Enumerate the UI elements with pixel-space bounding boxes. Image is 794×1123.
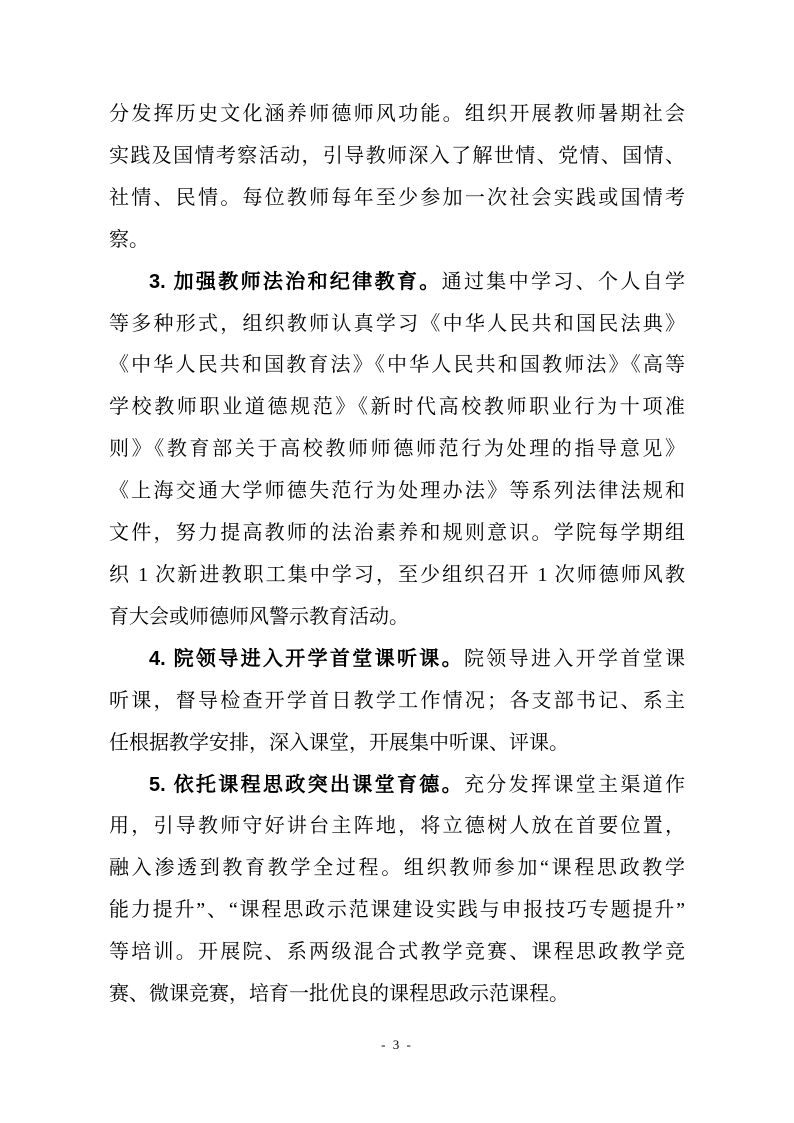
text-line: 3. 加强教师法治和纪律教育。通过集中学习、个人自学: [109, 262, 685, 304]
paragraph-heading-run: 4. 院领导进入开学首堂课听课。: [149, 648, 464, 670]
text-line: 则》《教育部关于高校教师师德师范行为处理的指导意见》: [109, 429, 685, 471]
text-run: 能力提升”、“课程思政示范课建设实践与申报技巧专题提升”: [109, 899, 685, 921]
text-line: 学校教师职业道德规范》《新时代高校教师职业行为十项准: [109, 387, 685, 429]
text-line: 等培训。开展院、系两级混合式教学竞赛、课程思政教学竞: [109, 932, 685, 974]
text-run: 分发挥历史文化涵养师德师风功能。组织开展教师暑期社会: [109, 103, 685, 125]
text-line: 育大会或师德师风警示教育活动。: [109, 597, 685, 639]
text-run: 通过集中学习、个人自学: [442, 271, 685, 293]
text-run: 院领导进入开学首堂课: [464, 648, 685, 670]
text-line: 听课，督导检查开学首日教学工作情况；各支部书记、系主: [109, 681, 685, 723]
text-run: 等多种形式，组织教师认真学习《中华人民共和国民法典》: [109, 313, 685, 335]
text-line: 4. 院领导进入开学首堂课听课。院领导进入开学首堂课: [109, 639, 685, 681]
text-line: 等多种形式，组织教师认真学习《中华人民共和国民法典》: [109, 304, 685, 346]
text-run: 实践及国情考察活动，引导教师深入了解世情、党情、国情、: [109, 145, 685, 167]
text-run: 任根据教学安排，深入课堂，开展集中听课、评课。: [109, 732, 569, 754]
text-line: 《上海交通大学师德失范行为处理办法》等系列法律法规和: [109, 471, 685, 513]
text-line: 察。: [109, 220, 685, 262]
text-run: 《中华人民共和国教育法》《中华人民共和国教师法》《高等: [109, 354, 685, 376]
text-run: 充分发挥课堂主渠道作: [464, 774, 685, 796]
page-number: - 3 -: [0, 1036, 794, 1054]
text-run: 育大会或师德师风警示教育活动。: [109, 606, 409, 628]
text-run: 则》《教育部关于高校教师师德师范行为处理的指导意见》: [109, 438, 685, 460]
text-run: 察。: [109, 229, 149, 251]
text-run: 织 1 次新进教职工集中学习，至少组织召开 1 次师德师风教: [109, 564, 685, 586]
text-run: 学校教师职业道德规范》《新时代高校教师职业行为十项准: [109, 396, 685, 418]
text-line: 赛、微课竞赛，培育一批优良的课程思政示范课程。: [109, 974, 685, 1016]
text-run: 赛、微课竞赛，培育一批优良的课程思政示范课程。: [109, 983, 569, 1005]
text-line: 5. 依托课程思政突出课堂育德。充分发挥课堂主渠道作: [109, 765, 685, 807]
text-line: 任根据教学安排，深入课堂，开展集中听课、评课。: [109, 723, 685, 765]
document-body: 分发挥历史文化涵养师德师风功能。组织开展教师暑期社会实践及国情考察活动，引导教师…: [109, 94, 685, 1016]
text-line: 社情、民情。每位教师每年至少参加一次社会实践或国情考: [109, 178, 685, 220]
text-run: 文件，努力提高教师的法治素养和规则意识。学院每学期组: [109, 522, 685, 544]
text-run: 融入渗透到教育教学全过程。组织教师参加“课程思政教学: [109, 857, 685, 879]
text-line: 文件，努力提高教师的法治素养和规则意识。学院每学期组: [109, 513, 685, 555]
text-run: 等培训。开展院、系两级混合式教学竞赛、课程思政教学竞: [109, 941, 685, 963]
text-run: 《上海交通大学师德失范行为处理办法》等系列法律法规和: [109, 480, 685, 502]
text-run: 用，引导教师守好讲台主阵地，将立德树人放在首要位置，: [109, 815, 685, 837]
text-line: 织 1 次新进教职工集中学习，至少组织召开 1 次师德师风教: [109, 555, 685, 597]
text-line: 分发挥历史文化涵养师德师风功能。组织开展教师暑期社会: [109, 94, 685, 136]
text-run: 社情、民情。每位教师每年至少参加一次社会实践或国情考: [109, 187, 685, 209]
text-run: 听课，督导检查开学首日教学工作情况；各支部书记、系主: [109, 690, 685, 712]
paragraph-heading-run: 5. 依托课程思政突出课堂育德。: [149, 774, 464, 796]
paragraph-heading-run: 3. 加强教师法治和纪律教育。: [149, 271, 442, 293]
text-line: 用，引导教师守好讲台主阵地，将立德树人放在首要位置，: [109, 806, 685, 848]
text-line: 实践及国情考察活动，引导教师深入了解世情、党情、国情、: [109, 136, 685, 178]
text-line: 能力提升”、“课程思政示范课建设实践与申报技巧专题提升”: [109, 890, 685, 932]
text-line: 融入渗透到教育教学全过程。组织教师参加“课程思政教学: [109, 848, 685, 890]
text-line: 《中华人民共和国教育法》《中华人民共和国教师法》《高等: [109, 345, 685, 387]
